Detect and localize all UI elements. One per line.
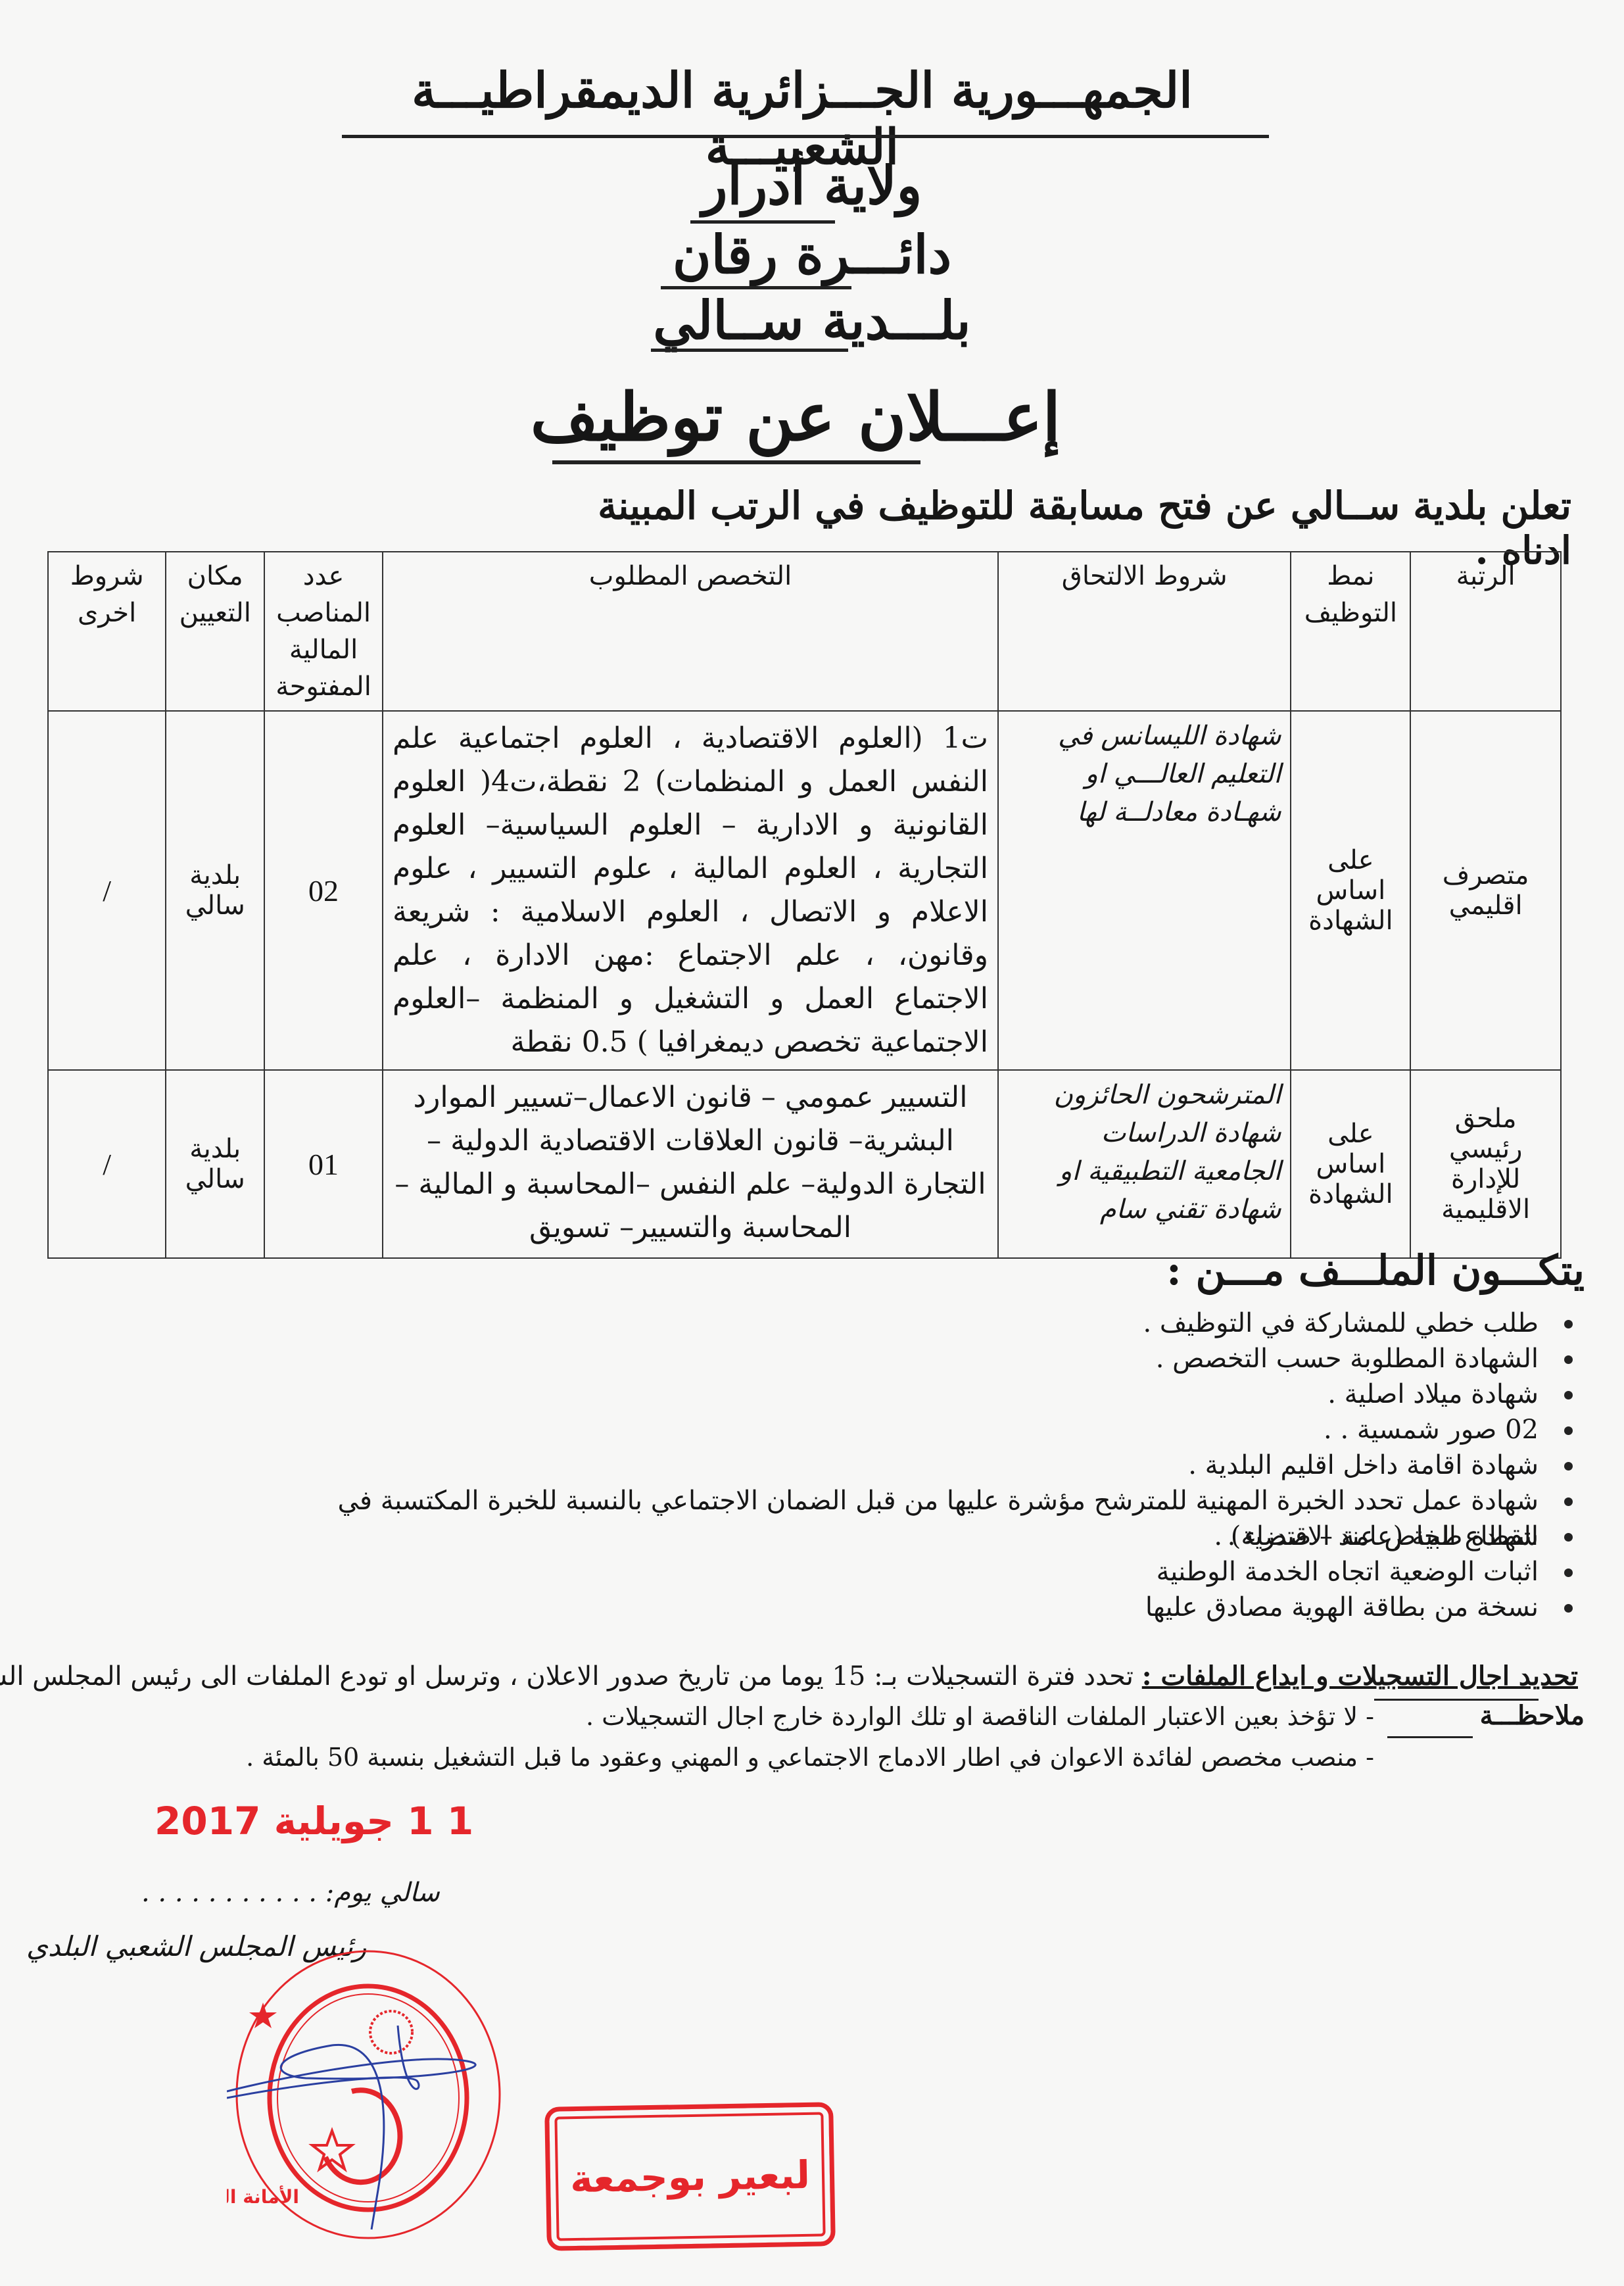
baladia-heading: بلـــدية ســالي xyxy=(615,289,1009,351)
list-item: نسخة من بطاقة الهوية مصادق عليها xyxy=(270,1590,1585,1625)
col-place: مكان التعيين xyxy=(166,552,264,711)
cell-rank: ملحق رئيسي للإدارة الاقليمية xyxy=(1410,1070,1561,1258)
col-mode: نمط التوظيف xyxy=(1291,552,1410,711)
note-item: - لا تؤخذ بعين الاعتبار الملفات الناقصة … xyxy=(586,1702,1374,1731)
list-item: طلب خطي للمشاركة في التوظيف . xyxy=(270,1305,1585,1341)
list-item: شهادة طبية (عامة – صدرية) . xyxy=(270,1519,1585,1554)
table-header-row: الرتبة نمط التوظيف شروط الالتحاق التخصص … xyxy=(48,552,1561,711)
cell-mode: على اساس الشهادة xyxy=(1291,1070,1410,1258)
dossier-list: طلب خطي للمشاركة في التوظيف . الشهادة ال… xyxy=(270,1305,1585,1625)
title-underline xyxy=(552,460,920,464)
deadline-text: تحدد فترة التسجيلات بـ: 15 يوما من تاريخ… xyxy=(0,1661,1134,1691)
note-label: ملاحظـــة xyxy=(1480,1700,1585,1731)
cell-conditions: المترشحون الحائزون شهادة الدراسات الجامع… xyxy=(998,1070,1291,1258)
list-item: شهادة ميلاد اصلية . xyxy=(270,1376,1585,1412)
list-item: اثبات الوضعية اتجاه الخدمة الوطنية xyxy=(270,1554,1585,1590)
name-stamp: لبعير بوجمعة xyxy=(544,2102,836,2251)
table-row: متصرف اقليمي على اساس الشهادة شهادة اللي… xyxy=(48,711,1561,1070)
note-item: - منصب مخصص لفائدة الاعوان في اطار الادم… xyxy=(246,1743,1374,1772)
cell-other: / xyxy=(48,1070,166,1258)
dossier-title: يتكـــون الملـــف مـــن : xyxy=(1166,1246,1585,1294)
list-item: 02 صور شمسية . . xyxy=(270,1412,1585,1447)
list-item: شهادة عمل تحدد الخبرة المهنية للمترشح مؤ… xyxy=(270,1483,1585,1519)
positions-table: الرتبة نمط التوظيف شروط الالتحاق التخصص … xyxy=(47,551,1562,1259)
table-row: ملحق رئيسي للإدارة الاقليمية على اساس ال… xyxy=(48,1070,1561,1258)
heading-underline xyxy=(342,135,1269,138)
list-item: شهادة اقامة داخل اقليم البلدية . xyxy=(270,1447,1585,1483)
cell-count: 02 xyxy=(264,711,383,1070)
baladia-underline xyxy=(651,349,848,352)
cell-conditions: شهادة الليسانس في التعليم العالـــي او ش… xyxy=(998,711,1291,1070)
col-rank: الرتبة xyxy=(1410,552,1561,711)
cell-mode: على اساس الشهادة xyxy=(1291,711,1410,1070)
daira-heading: دائـــرة رقان xyxy=(615,224,1009,285)
cell-count: 01 xyxy=(264,1070,383,1258)
col-other: شروط اخرى xyxy=(48,552,166,711)
list-item: الشهادة المطلوبة حسب التخصص . xyxy=(270,1341,1585,1376)
deadline-label: تحديد اجال التسجيلات و ايداع الملفات : xyxy=(1142,1661,1578,1691)
col-conditions: شروط الالتحاق xyxy=(998,552,1291,711)
cell-place: بلدية سالي xyxy=(166,711,264,1070)
cell-rank: متصرف اقليمي xyxy=(1410,711,1561,1070)
place-date-line: سالي يوم: . . . . . . . . . . . xyxy=(141,1878,440,1908)
note-label-underline xyxy=(1387,1736,1473,1738)
col-count: عدد المناصب المالية المفتوحة xyxy=(264,552,383,711)
date-stamp: 1 1 جويلية 2017 xyxy=(155,1799,473,1843)
cell-other: / xyxy=(48,711,166,1070)
seal-text: الأمانة العامة xyxy=(227,2185,299,2208)
wilaya-heading: ولاية أدرار xyxy=(615,155,1009,216)
cell-specialty: التسيير عمومي – قانون الاعمال–تسيير المو… xyxy=(383,1070,998,1258)
col-specialty: التخصص المطلوب xyxy=(383,552,998,711)
cell-specialty: ت1 (العلوم الاقتصادية ، العلوم اجتماعية … xyxy=(383,711,998,1070)
cell-place: بلدية سالي xyxy=(166,1070,264,1258)
deadline-paragraph: تحديد اجال التسجيلات و ايداع الملفات : ت… xyxy=(53,1661,1578,1691)
page-title: إعـــلان عن توظيف xyxy=(526,378,1065,456)
official-seal-icon: الأمانة العامة xyxy=(227,1940,510,2243)
